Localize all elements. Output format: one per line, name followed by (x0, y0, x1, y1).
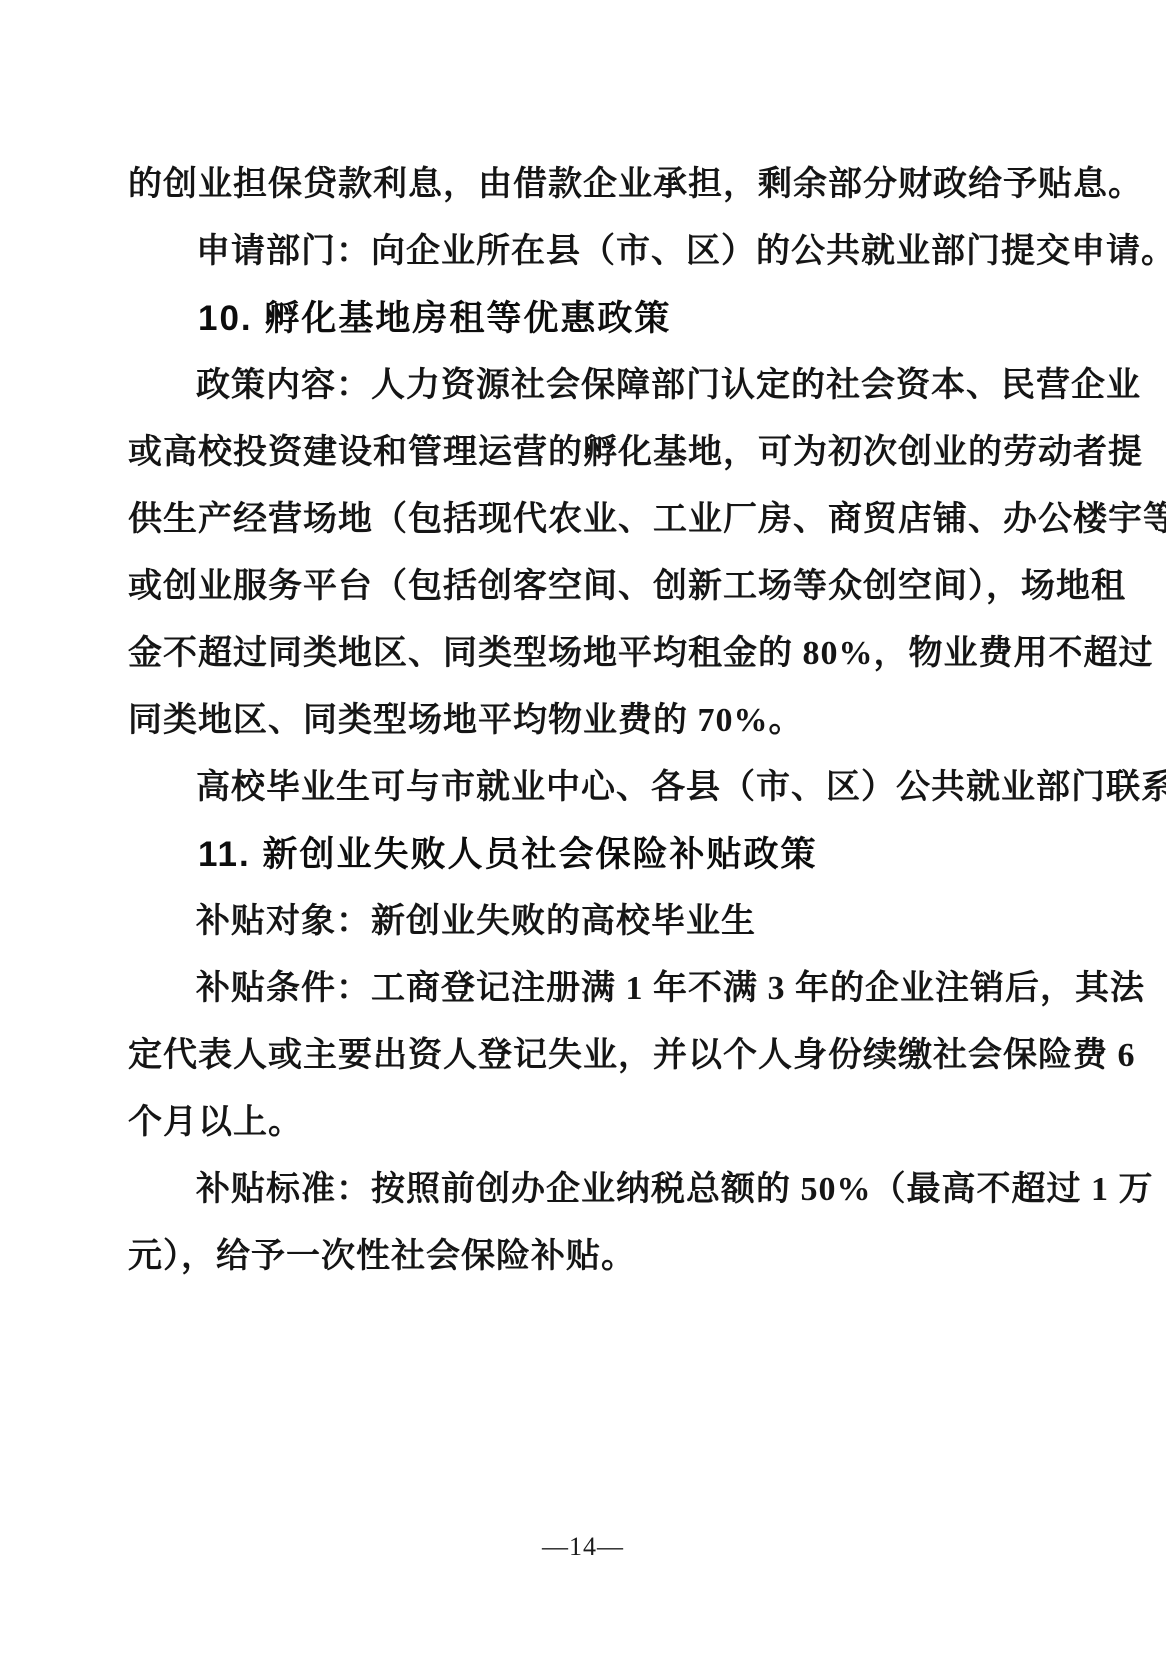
body-line-months-or-more: 个月以上。 (128, 1089, 1038, 1156)
body-line-business-premises: 供生产经营场地（包括现代农业、工业厂房、商贸店铺、办公楼宇等） (128, 486, 1038, 553)
page-number: —14— (0, 1532, 1166, 1562)
body-line-subsidy-condition: 补贴条件：工商登记注册满 1 年不满 3 年的企业注销后，其法 (128, 955, 1038, 1022)
body-line-rent-limit: 金不超过同类地区、同类型场地平均租金的 80%，物业费用不超过 (128, 620, 1038, 687)
body-line-loan-interest: 的创业担保贷款利息，由借款企业承担，剩余部分财政给予贴息。 (128, 151, 1038, 218)
section-10-heading: 10. 孵化基地房租等优惠政策 (128, 285, 1038, 352)
body-line-incubator-base: 或高校投资建设和管理运营的孵化基地，可为初次创业的劳动者提 (128, 419, 1038, 486)
body-line-one-time-subsidy: 元），给予一次性社会保险补贴。 (128, 1223, 1038, 1290)
body-line-service-platform: 或创业服务平台（包括创客空间、创新工场等众创空间），场地租 (128, 553, 1038, 620)
section-11-heading: 11. 新创业失败人员社会保险补贴政策 (128, 821, 1038, 888)
body-line-legal-representative: 定代表人或主要出资人登记失业，并以个人身份续缴社会保险费 6 (128, 1022, 1038, 1089)
body-line-policy-content: 政策内容：人力资源社会保障部门认定的社会资本、民营企业 (128, 352, 1038, 419)
body-line-application-department: 申请部门：向企业所在县（市、区）的公共就业部门提交申请。 (128, 218, 1038, 285)
body-line-subsidy-standard: 补贴标准：按照前创办企业纳税总额的 50%（最高不超过 1 万 (128, 1156, 1038, 1223)
document-page: 的创业担保贷款利息，由借款企业承担，剩余部分财政给予贴息。 申请部门：向企业所在… (0, 0, 1166, 1654)
document-body: 的创业担保贷款利息，由借款企业承担，剩余部分财政给予贴息。 申请部门：向企业所在… (128, 151, 1038, 1290)
body-line-subsidy-target: 补贴对象：新创业失败的高校毕业生 (128, 888, 1038, 955)
body-line-graduate-contact: 高校毕业生可与市就业中心、各县（市、区）公共就业部门联系。 (128, 754, 1038, 821)
body-line-property-fee-limit: 同类地区、同类型场地平均物业费的 70%。 (128, 687, 1038, 754)
